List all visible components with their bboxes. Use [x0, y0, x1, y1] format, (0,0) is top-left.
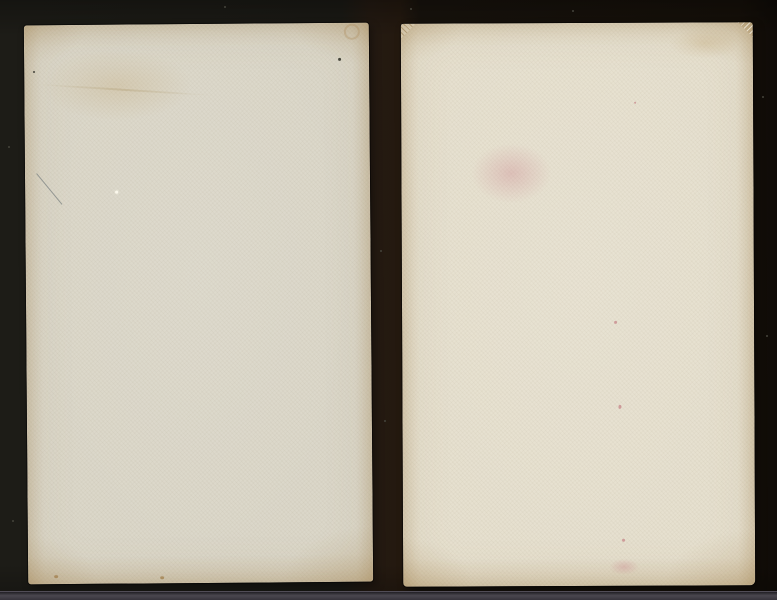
speck-pink — [634, 102, 636, 104]
dust-speck — [33, 71, 35, 73]
dust-speck — [410, 8, 412, 10]
photo-two-blank-cards — [0, 0, 777, 600]
stain-ring — [344, 24, 360, 40]
scratch-line — [36, 173, 62, 205]
crease-line — [34, 83, 214, 96]
corner-crease-tl — [401, 24, 416, 39]
dust-speck — [762, 96, 764, 98]
speck-dark — [338, 58, 341, 61]
stain-pink — [471, 143, 551, 203]
speck-pink — [614, 321, 617, 324]
speck-light — [115, 191, 118, 194]
stain-soft — [669, 28, 741, 58]
stain-soft — [42, 50, 193, 121]
card-right — [401, 22, 755, 587]
dust-speck — [572, 10, 574, 12]
dust-speck — [8, 146, 10, 148]
speck-tan — [54, 575, 58, 578]
speck-pink — [622, 539, 625, 542]
speck-pink — [618, 405, 621, 409]
speck-tan — [160, 576, 164, 579]
dust-speck — [384, 420, 386, 422]
table-edge — [0, 591, 777, 600]
dust-speck — [380, 250, 382, 252]
corner-crease-tr — [738, 22, 753, 37]
dust-speck — [766, 335, 768, 337]
dust-speck — [12, 520, 14, 522]
dust-speck — [224, 6, 226, 8]
card-left — [24, 23, 373, 585]
stain-pink — [609, 559, 639, 575]
